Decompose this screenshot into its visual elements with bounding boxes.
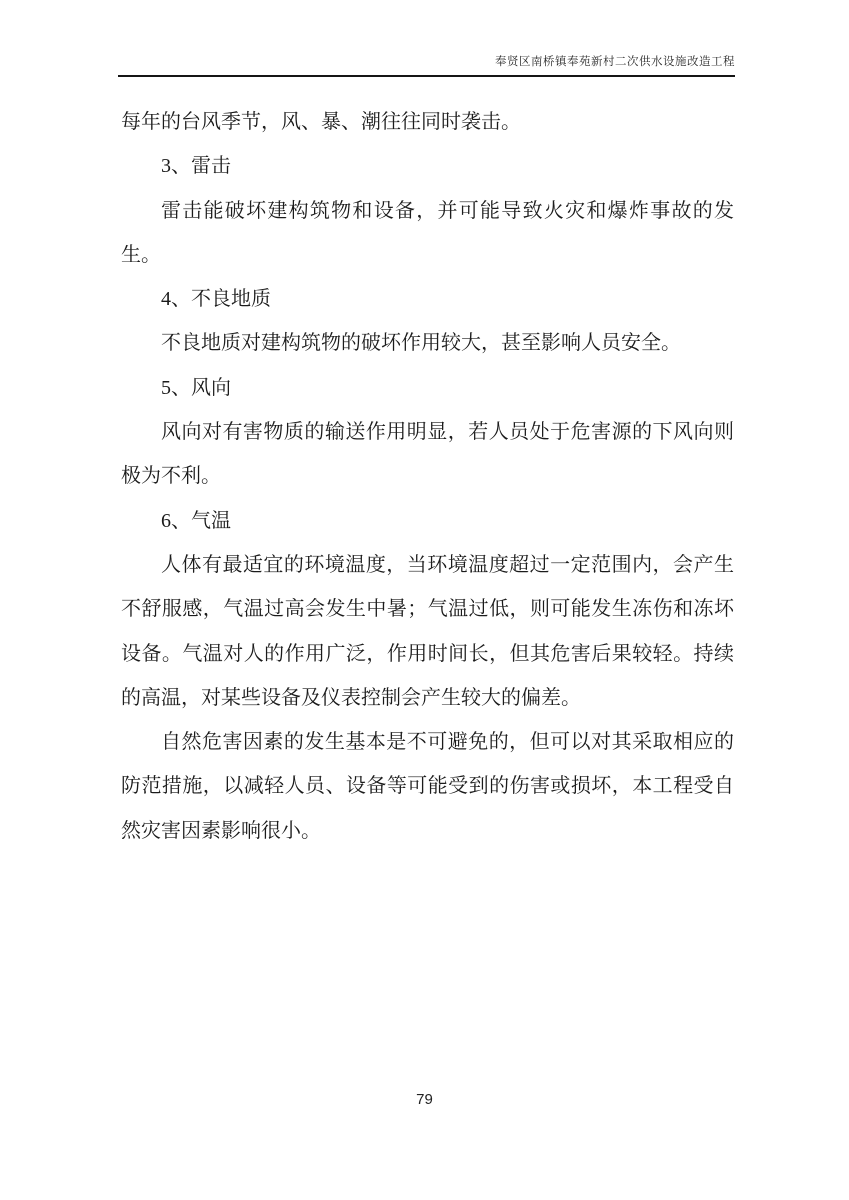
paragraph: 风向对有害物质的输送作用明显，若人员处于危害源的下风向则极为不利。	[121, 410, 734, 499]
header-title: 奉贤区南桥镇奉苑新村二次供水设施改造工程	[495, 56, 735, 68]
page-header: 奉贤区南桥镇奉苑新村二次供水设施改造工程	[118, 55, 735, 77]
paragraph: 每年的台风季节，风、暴、潮往往同时袭击。	[121, 100, 734, 144]
section-heading: 4、不良地质	[121, 277, 734, 321]
section-heading: 5、风向	[121, 366, 734, 410]
paragraph: 不良地质对建构筑物的破坏作用较大，甚至影响人员安全。	[121, 321, 734, 365]
page-footer: 79	[0, 1091, 849, 1109]
paragraph: 雷击能破坏建构筑物和设备，并可能导致火灾和爆炸事故的发生。	[121, 189, 734, 278]
document-page: 奉贤区南桥镇奉苑新村二次供水设施改造工程 每年的台风季节，风、暴、潮往往同时袭击…	[0, 0, 849, 1200]
paragraph: 自然危害因素的发生基本是不可避免的，但可以对其采取相应的防范措施，以减轻人员、设…	[121, 720, 734, 853]
section-heading: 6、气温	[121, 499, 734, 543]
paragraph: 人体有最适宜的环境温度，当环境温度超过一定范围内，会产生不舒服感，气温过高会发生…	[121, 543, 734, 720]
document-body: 每年的台风季节，风、暴、潮往往同时袭击。 3、雷击 雷击能破坏建构筑物和设备，并…	[121, 100, 734, 853]
page-number: 79	[416, 1091, 433, 1108]
section-heading: 3、雷击	[121, 144, 734, 188]
